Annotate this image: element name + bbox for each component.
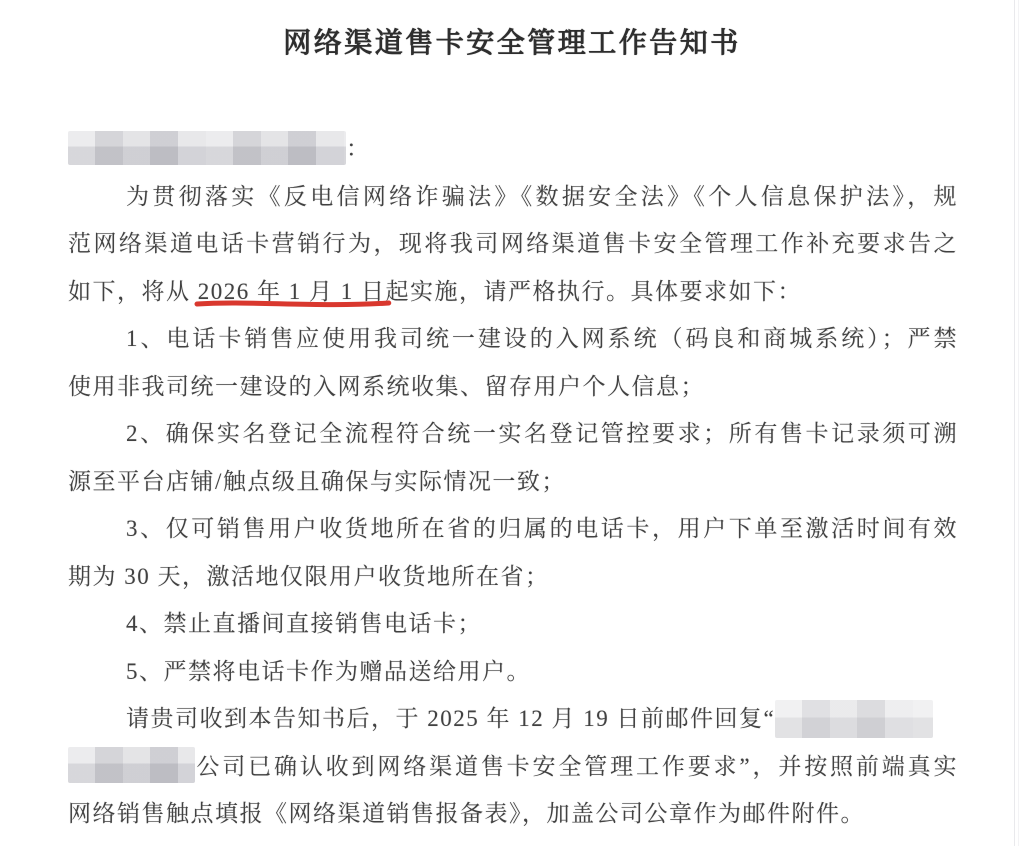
text-run: ： [346, 136, 371, 161]
reply-company-redaction [775, 700, 933, 738]
text-run: 5、严禁将电话卡作为赠品送给用户。 [126, 659, 531, 684]
document-title: 网络渠道售卡安全管理工作告知书 [0, 0, 1024, 66]
text-run: 公司已确认收到网络渠道售卡安全管理工作要求”，并按照前端真实 [195, 754, 958, 779]
text-run: 2、确保实名登记全流程符合统一实名登记管控要求；所有售卡记录须可溯 [126, 421, 958, 446]
intro-line-1: 为贯彻落实《反电信网络诈骗法》《数据安全法》《个人信息保护法》，规 [68, 173, 958, 221]
closing-line-2: 公司已确认收到网络渠道售卡安全管理工作要求”，并按照前端真实 [68, 743, 958, 791]
text-run: 源至平台店铺/触点级且确保与实际情况一致； [68, 469, 566, 494]
company-name-redaction [68, 747, 195, 783]
closing-line-3: 网络销售触点填报《网络渠道销售报备表》，加盖公司公章作为邮件附件。 [68, 790, 958, 838]
text-run: 范网络渠道电话卡营销行为，现将我司网络渠道售卡安全管理工作补充要求告之 [68, 231, 958, 256]
item-4-line: 4、禁止直播间直接销售电话卡； [68, 600, 958, 648]
item-1-line-2: 使用非我司统一建设的入网系统收集、留存用户个人信息； [68, 363, 958, 411]
text-run: 起实施，请严格执行。具体要求如下： [386, 279, 803, 304]
item-3-line-2: 期为 30 天，激活地仅限用户收货地所在省； [68, 553, 958, 601]
text-run: 1、电话卡销售应使用我司统一建设的入网系统（码良和商城系统）；严禁 [126, 326, 958, 351]
recipient-name-redaction [68, 131, 346, 165]
text-run: 如下，将从 [68, 279, 198, 304]
text-run: 网络销售触点填报《网络渠道销售报备表》，加盖公司公章作为邮件附件。 [68, 801, 865, 826]
notification-document: 网络渠道售卡安全管理工作告知书 ：为贯彻落实《反电信网络诈骗法》《数据安全法》《… [0, 0, 1024, 846]
text-run: 3、仅可销售用户收货地所在省的归属的电话卡，用户下单至激活时间有效 [126, 516, 958, 541]
date-underlined-text: 2026 年 1 月 1 日 [198, 268, 386, 316]
intro-line-2: 范网络渠道电话卡营销行为，现将我司网络渠道售卡安全管理工作补充要求告之 [68, 220, 958, 268]
item-3-line-1: 3、仅可销售用户收货地所在省的归属的电话卡，用户下单至激活时间有效 [68, 505, 958, 553]
page-edge-line [1014, 0, 1015, 846]
page-edge-line-light [1018, 0, 1019, 846]
closing-line-1: 请贵司收到本告知书后，于 2025 年 12 月 19 日前邮件回复“ [68, 695, 958, 743]
text-run: 使用非我司统一建设的入网系统收集、留存用户个人信息； [68, 374, 705, 399]
document-body: ：为贯彻落实《反电信网络诈骗法》《数据安全法》《个人信息保护法》，规范网络渠道电… [68, 125, 958, 838]
recipient-line: ： [68, 125, 958, 173]
red-underline [194, 298, 392, 310]
text-run: 为贯彻落实《反电信网络诈骗法》《数据安全法》《个人信息保护法》，规 [126, 184, 958, 209]
intro-line-3: 如下，将从 2026 年 1 月 1 日起实施，请严格执行。具体要求如下： [68, 268, 958, 316]
text-run: 期为 30 天，激活地仅限用户收货地所在省； [68, 564, 550, 589]
item-1-line-1: 1、电话卡销售应使用我司统一建设的入网系统（码良和商城系统）；严禁 [68, 315, 958, 363]
item-2-line-1: 2、确保实名登记全流程符合统一实名登记管控要求；所有售卡记录须可溯 [68, 410, 958, 458]
item-2-line-2: 源至平台店铺/触点级且确保与实际情况一致； [68, 458, 958, 506]
text-run: 请贵司收到本告知书后，于 2025 年 12 月 19 日前邮件回复“ [126, 706, 775, 731]
text-run: 4、禁止直播间直接销售电话卡； [126, 611, 482, 636]
item-5-line: 5、严禁将电话卡作为赠品送给用户。 [68, 648, 958, 696]
